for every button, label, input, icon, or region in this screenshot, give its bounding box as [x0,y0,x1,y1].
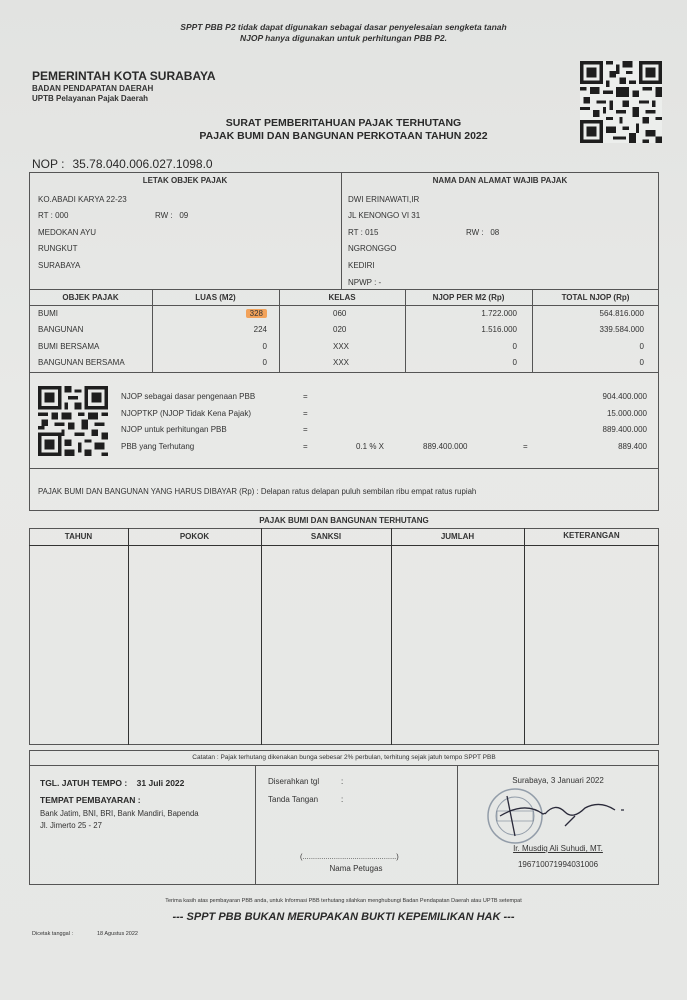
calc-value: 889.400.000 [520,425,647,434]
kelas-value: 020 [333,325,346,334]
amount-in-words: PAJAK BUMI DAN BANGUNAN YANG HARUS DIBAY… [38,487,476,496]
taxpayer-address: JL KENONGO VI 31 [348,211,420,220]
objek-name: BUMI BERSAMA [38,342,99,351]
object-city: SURABAYA [38,261,80,270]
total-njop-value: 339.584.000 [532,325,644,334]
luas-highlighted: 328 [246,309,267,318]
luas-value: 0 [152,342,267,351]
njop-per-m2-value: 0 [405,342,517,351]
object-address: KO.ABADI KARYA 22-23 [38,195,127,204]
col-kelas: KELAS [279,293,405,302]
signature-colon: : [341,795,343,804]
njop-per-m2-value: 1.516.000 [405,325,517,334]
calc-base: 889.400.000 [423,442,468,451]
taxpayer-city: KEDIRI [348,261,375,270]
officer-name-blank: (.......................................… [300,852,399,861]
payment-place-label: TEMPAT PEMBAYARAN : [40,795,141,805]
luas-value: 224 [152,325,267,334]
luas-value: 328 [152,309,267,318]
handover-date-label: Diserahkan tgl [268,777,319,786]
qr-code-icon [38,386,108,456]
signature-scribble [545,796,635,841]
calc-label: NJOPTKP (NJOP Tidak Kena Pajak) [121,409,251,418]
terhutang-table [29,528,659,745]
col-keterangan: KETERANGAN [524,531,659,540]
nop-label: NOP : [32,157,64,171]
njop-per-m2-value: 1.722.000 [405,309,517,318]
nop-value: 35.78.040.006.027.1098.0 [72,157,212,171]
kelas-value: XXX [333,342,349,351]
col-jumlah: JUMLAH [391,532,524,541]
government-name: PEMERINTAH KOTA SURABAYA [32,69,216,83]
objek-name: BANGUNAN [38,325,83,334]
nop-line: NOP :35.78.040.006.027.1098.0 [32,157,213,171]
col-sanksi: SANKSI [261,532,391,541]
due-date-line: TGL. JATUH TEMPO : 31 Juli 2022 [40,778,184,788]
col-njop-per-m2: NJOP PER M2 (Rp) [405,293,532,302]
agency-name: BADAN PENDAPATAN DAERAH [32,84,153,93]
signature-place-date: Surabaya, 3 Januari 2022 [457,776,659,785]
top-notice: SPPT PBB P2 tidak dapat digunakan sebaga… [0,22,687,44]
objek-name: BANGUNAN BERSAMA [38,358,125,367]
col-pokok: POKOK [128,532,261,541]
terhutang-title: PAJAK BUMI DAN BANGUNAN TERHUTANG [29,516,659,525]
wajib-pajak-header: NAMA DAN ALAMAT WAJIB PAJAK [341,176,659,185]
kelas-value: 060 [333,309,346,318]
due-date-label: TGL. JATUH TEMPO : [40,778,127,788]
object-rt: RT : 000 [38,211,68,220]
official-stamp-icon [485,786,545,846]
printed-date-value: 18 Agustus 2022 [97,931,138,937]
total-njop-value: 0 [532,342,644,351]
calc-label: NJOP untuk perhitungan PBB [121,425,227,434]
unit-name: UPTB Pelayanan Pajak Daerah [32,94,148,103]
calc-label: PBB yang Terhutang [121,442,194,451]
calc-value: 904.400.000 [520,392,647,401]
qr-code-icon [580,61,662,143]
calc-equals: = [303,392,308,401]
notice-line-1: SPPT PBB P2 tidak dapat digunakan sebaga… [0,22,687,33]
object-rw: RW : 09 [155,211,188,220]
calc-label: NJOP sebagai dasar pengenaan PBB [121,392,255,401]
footer-thanks: Terima kasih atas pembayaran PBB anda, u… [0,898,687,904]
taxpayer-kelurahan: NGRONGGO [348,244,396,253]
signatory-nip: 196710071994031006 [457,860,659,869]
objek-name: BUMI [38,309,58,318]
calc-equals: = [303,425,308,434]
calc-equals: = [303,409,308,418]
col-luas: LUAS (M2) [152,293,279,302]
taxpayer-npwp: NPWP : - [348,278,381,287]
total-njop-value: 0 [532,358,644,367]
due-date-value: 31 Juli 2022 [137,778,185,788]
handover-date-colon: : [341,777,343,786]
payment-place-address: Jl. Jimerto 25 - 27 [40,821,102,830]
taxpayer-name: DWI ERINAWATI,IR [348,195,419,204]
officer-name-label: Nama Petugas [255,864,457,873]
printed-date-label: Dicetak tanggal : [32,931,73,937]
calc-value: 15.000.000 [520,409,647,418]
calc-equals: = [303,442,308,451]
signature-label: Tanda Tangan [268,795,318,804]
sppt-document: SPPT PBB P2 tidak dapat digunakan sebaga… [0,0,687,1000]
footer-disclaimer: --- SPPT PBB BUKAN MERUPAKAN BUKTI KEPEM… [0,911,687,923]
payment-place-banks: Bank Jatim, BNI, BRI, Bank Mandiri, Bape… [40,809,199,818]
signatory-name: Ir. Musdiq Ali Suhudi, MT. [457,844,659,853]
luas-value: 0 [152,358,267,367]
object-kecamatan: RUNGKUT [38,244,78,253]
catatan-note: Catatan : Pajak terhutang dikenakan bung… [29,754,659,761]
object-kelurahan: MEDOKAN AYU [38,228,96,237]
col-objek-pajak: OBJEK PAJAK [29,293,152,302]
taxpayer-rw: RW : 08 [466,228,499,237]
taxpayer-rt: RT : 015 [348,228,378,237]
col-tahun: TAHUN [29,532,128,541]
notice-line-2: NJOP hanya digunakan untuk perhitungan P… [0,33,687,44]
njop-per-m2-value: 0 [405,358,517,367]
calc-value: 889.400 [520,442,647,451]
col-total-njop: TOTAL NJOP (Rp) [532,293,659,302]
kelas-value: XXX [333,358,349,367]
total-njop-value: 564.816.000 [532,309,644,318]
letak-objek-header: LETAK OBJEK PAJAK [29,176,341,185]
calc-rate: 0.1 % X [356,442,384,451]
